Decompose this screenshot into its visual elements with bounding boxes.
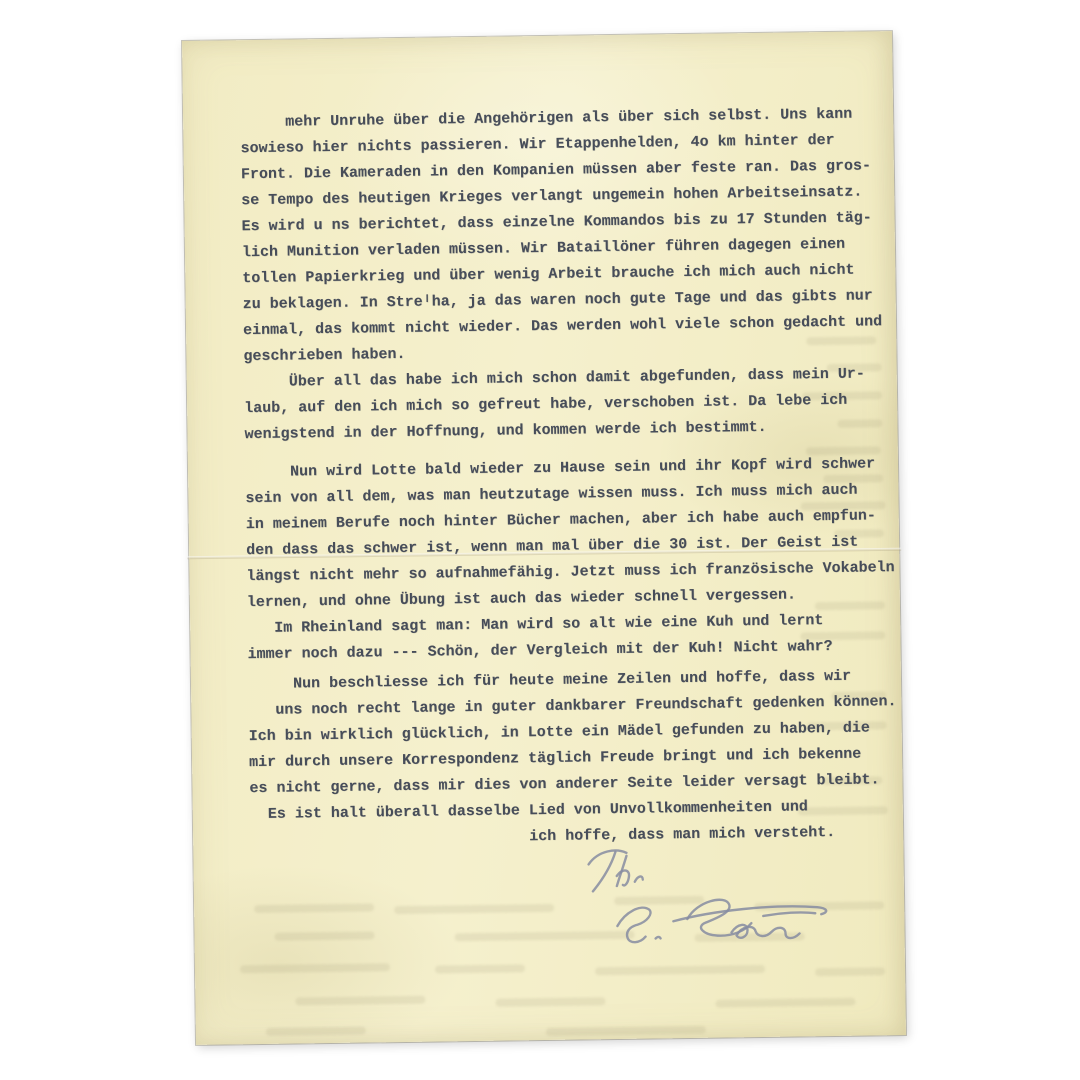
show-through-line [295,996,425,1006]
show-through-line [815,967,885,976]
show-through-line [695,932,805,942]
show-through-line [435,964,525,973]
show-through-line [546,1026,706,1036]
letter-paragraph-3: Nun beschliesse ich für heute meine Zeil… [248,663,920,854]
show-through-line [614,896,704,905]
show-through-line [254,903,374,913]
show-through-line [495,997,605,1007]
letter-paragraph-1: mehr Unruhe über die Angehörigen als übe… [240,101,915,448]
letter-page: mehr Unruhe über die Angehörigen als übe… [182,31,906,1045]
scan-background: mehr Unruhe über die Angehörigen als übe… [0,0,1080,1080]
show-through-line [240,963,390,973]
handwritten-signature: C. Zens [603,889,844,962]
show-through-line [715,998,855,1008]
show-through-line [266,1027,366,1036]
handwritten-salutation: Ihr [582,843,658,899]
show-through-line [595,965,765,975]
show-through-line [394,904,554,914]
show-through-line [274,931,374,940]
show-through-line [455,931,635,942]
show-through-line [754,901,884,911]
letter-paragraph-2: Nun wird Lotte bald wieder zu Hause sein… [245,451,918,668]
letter-text-block: mehr Unruhe über die Angehörigen als übe… [240,101,920,854]
